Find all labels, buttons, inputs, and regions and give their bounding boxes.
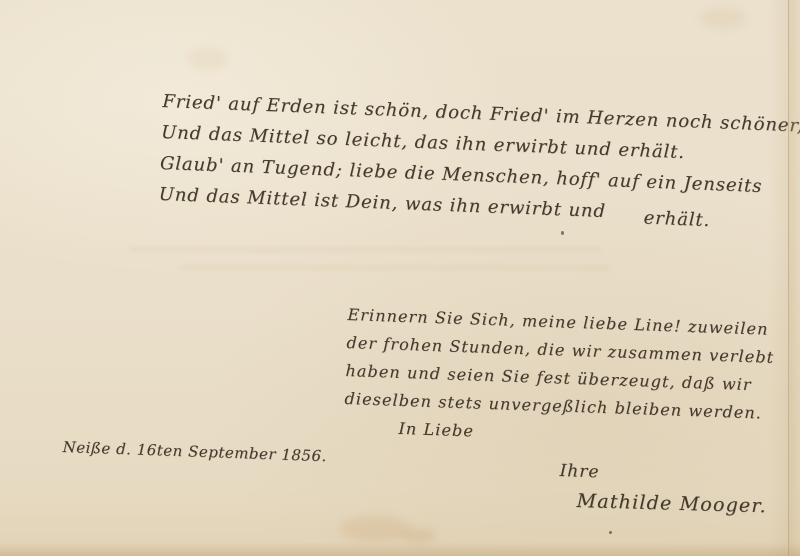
ink-speck [561, 231, 564, 235]
poem-line-tail: erhält. [643, 203, 711, 237]
dateline: Neiße d. 16ten September 1856. [62, 438, 327, 465]
page-edge-shadow [768, 0, 788, 556]
foxing-stain [700, 8, 746, 28]
page-edge-right [788, 0, 800, 556]
dedication-block: Erinnern Sie Sich, meine liebe Line! zuw… [343, 301, 776, 456]
foxing-stain [188, 48, 228, 70]
page-edge-bottom [0, 542, 800, 556]
ink-showthrough-streak [180, 266, 610, 269]
foxing-stain [340, 516, 410, 542]
ink-speck [609, 531, 612, 534]
ink-showthrough-streak [130, 248, 600, 251]
poem-block: Fried' auf Erden ist schön, doch Fried' … [158, 86, 800, 235]
closing: Ihre [559, 461, 600, 482]
signature: Mathilde Mooger. [576, 490, 767, 517]
album-page: Fried' auf Erden ist schön, doch Fried' … [0, 0, 800, 556]
